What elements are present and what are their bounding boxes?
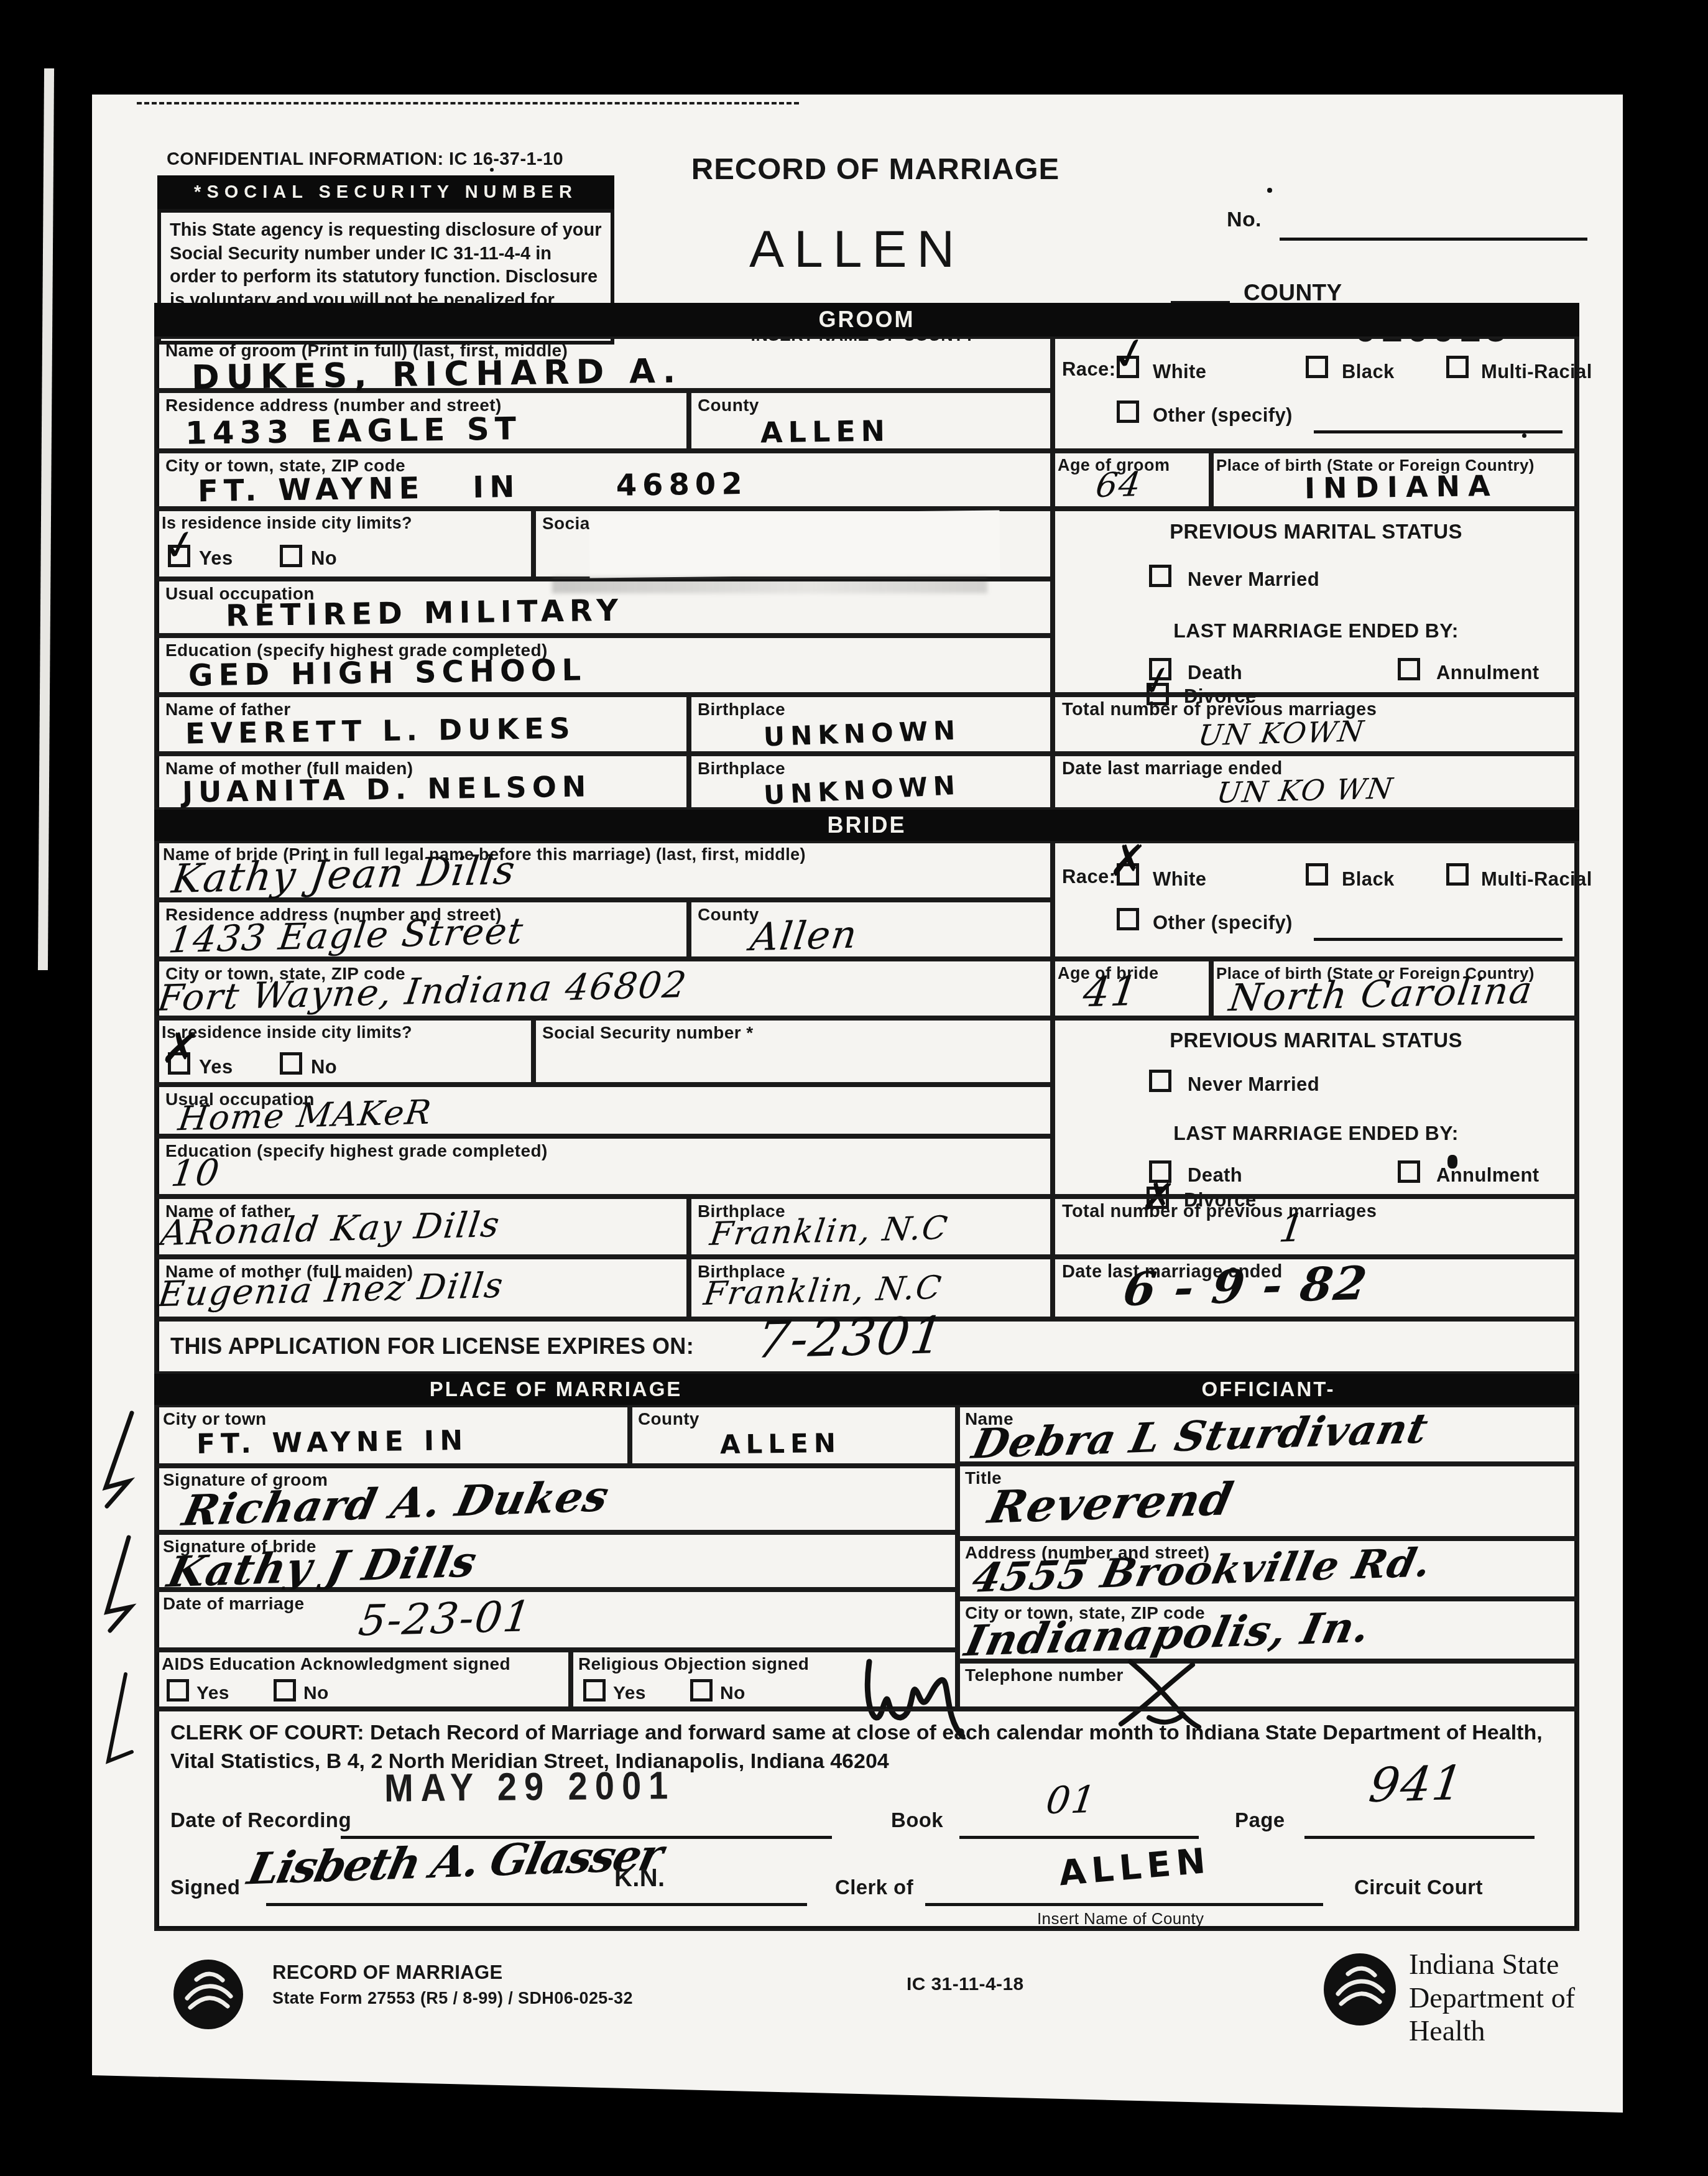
place-section-label: PLACE OF MARRIAGE bbox=[154, 1377, 958, 1401]
groom-father-value: EVERETT L. DUKES bbox=[185, 711, 576, 751]
bride-prev-marriages-label: Total number of previous marriages bbox=[1062, 1201, 1377, 1222]
groom-pms-title: PREVIOUS MARITAL STATUS bbox=[1053, 520, 1579, 544]
license-expires-label: THIS APPLICATION FOR LICENSE EXPIRES ON: bbox=[170, 1333, 694, 1359]
page-label: Page bbox=[1235, 1808, 1285, 1832]
scan-speck bbox=[1267, 188, 1272, 193]
bride-limits-yes-label: Yes bbox=[199, 1056, 233, 1078]
date-of-recording-label: Date of Recording bbox=[170, 1808, 351, 1832]
clerk-of-underline bbox=[925, 1903, 1323, 1906]
religious-label: Religious Objection signed bbox=[578, 1654, 809, 1674]
bride-pms-title: PREVIOUS MARITAL STATUS bbox=[1053, 1029, 1579, 1052]
bride-ssn-label: Social Security number * bbox=[542, 1023, 754, 1043]
groom-limits-no-label: No bbox=[311, 547, 337, 570]
groom-date-ended-value: UN KO WN bbox=[1215, 771, 1396, 809]
book-underline bbox=[959, 1836, 1199, 1839]
no-label: No. bbox=[1227, 208, 1262, 232]
bride-ended-by-title: LAST MARRIAGE ENDED BY: bbox=[1053, 1122, 1579, 1145]
bride-county-label: County bbox=[698, 905, 759, 925]
bride-education-value: 10 bbox=[168, 1151, 223, 1195]
bride-date-ended-value: 6 - 9 - 82 bbox=[1120, 1257, 1371, 1317]
bride-mother-birthplace-value: Franklin, N.C bbox=[701, 1269, 944, 1313]
bride-race-multi-checkbox bbox=[1446, 863, 1469, 886]
groom-county-value: ALLEN bbox=[760, 414, 891, 450]
scanned-marriage-record: { "header": { "confidential": "CONFIDENT… bbox=[0, 0, 1708, 2176]
footer-right-line2: Department of Health bbox=[1409, 1981, 1623, 2047]
groom-mother-birthplace-label: Birthplace bbox=[698, 759, 785, 779]
groom-annulment-label: Annulment bbox=[1436, 662, 1539, 684]
groom-county-label: County bbox=[698, 396, 759, 415]
groom-section-bar: GROOM bbox=[154, 303, 1579, 336]
groom-race-white-label: White bbox=[1153, 361, 1206, 383]
religious-no-checkbox bbox=[690, 1679, 713, 1701]
groom-race-other-checkbox bbox=[1117, 400, 1139, 423]
book-label: Book bbox=[891, 1808, 943, 1832]
groom-residence-value: 1433 EAGLE ST bbox=[185, 410, 522, 451]
page-underline bbox=[1304, 1836, 1535, 1839]
groom-father-birthplace-label: Birthplace bbox=[698, 700, 785, 720]
bride-race-multi-label: Multi-Racial bbox=[1481, 868, 1592, 891]
bride-annulment-label: Annulment bbox=[1436, 1164, 1539, 1187]
officiant-section-label: OFFICIANT- bbox=[958, 1377, 1579, 1401]
officiant-title-value: Reverend bbox=[984, 1472, 1238, 1533]
marriage-city-label: City or town bbox=[163, 1409, 267, 1429]
record-of-marriage-logo-icon bbox=[172, 1958, 245, 2031]
religious-no-label: No bbox=[720, 1683, 746, 1704]
ssn-header-bar: *SOCIAL SECURITY NUMBER bbox=[157, 175, 614, 209]
groom-never-married-checkbox bbox=[1149, 565, 1171, 587]
aids-yes-checkbox bbox=[167, 1679, 189, 1701]
marriage-city-value: FT. WAYNE IN bbox=[196, 1425, 469, 1460]
groom-limits-yes-label: Yes bbox=[199, 547, 233, 570]
signed-label: Signed bbox=[170, 1876, 240, 1899]
footer-right-line1: Indiana State bbox=[1409, 1948, 1559, 1981]
place-officiant-bar: PLACE OF MARRIAGE OFFICIANT- bbox=[154, 1374, 1579, 1405]
bride-section-bar: BRIDE bbox=[154, 810, 1579, 841]
bride-never-married-label: Never Married bbox=[1188, 1073, 1319, 1096]
document-page: CONFIDENTIAL INFORMATION: IC 16-37-1-10 … bbox=[92, 95, 1623, 2113]
bride-county-value: Allen bbox=[748, 912, 861, 960]
xmark-icon: ✗ bbox=[159, 1024, 202, 1073]
bride-birth-value: North Carolina bbox=[1226, 969, 1536, 1021]
marriage-date-value: 5-23-01 bbox=[356, 1592, 535, 1646]
bride-occupation-value: Home MAKeR bbox=[176, 1093, 435, 1139]
aids-label: AIDS Education Acknowledgment signed bbox=[162, 1654, 510, 1674]
xmark-icon: ✗ bbox=[1108, 837, 1148, 884]
groom-race-label: Race: bbox=[1062, 358, 1115, 381]
bride-race-white-label: White bbox=[1153, 868, 1206, 891]
groom-race-black-label: Black bbox=[1342, 361, 1395, 383]
bride-limits-no-checkbox bbox=[280, 1052, 302, 1075]
no-underline bbox=[1280, 238, 1587, 241]
groom-education-value: GED HIGH SCHOOL bbox=[188, 653, 587, 693]
groom-never-married-label: Never Married bbox=[1188, 568, 1319, 591]
groom-other-underline bbox=[1314, 430, 1563, 433]
groom-section-label: GROOM bbox=[819, 307, 915, 333]
groom-occupation-value: RETIRED MILITARY bbox=[226, 593, 624, 634]
groom-race-multi-checkbox bbox=[1446, 356, 1469, 378]
groom-limits-no-checkbox bbox=[280, 545, 302, 567]
religious-yes-label: Yes bbox=[613, 1683, 646, 1704]
form-title: RECORD OF MARRIAGE bbox=[639, 152, 1112, 187]
ssn-whiteout-redaction bbox=[589, 511, 1000, 578]
margin-ink-marks bbox=[95, 1413, 150, 1799]
groom-mother-value: JUANITA D. NELSON bbox=[182, 769, 592, 808]
bride-other-underline bbox=[1314, 938, 1563, 941]
bride-race-black-label: Black bbox=[1342, 868, 1395, 891]
date-of-recording-stamp: MAY 29 2001 bbox=[384, 1762, 676, 1810]
confidential-note: CONFIDENTIAL INFORMATION: IC 16-37-1-10 bbox=[167, 149, 563, 170]
aids-no-label: No bbox=[303, 1683, 329, 1704]
clerk-of-label: Clerk of bbox=[835, 1876, 913, 1899]
aids-yes-label: Yes bbox=[196, 1683, 229, 1704]
clerk-instruction: CLERK OF COURT: Detach Record of Marriag… bbox=[170, 1719, 1554, 1776]
insert-county-label: Insert Name of County bbox=[1037, 1909, 1204, 1928]
marriage-date-label: Date of marriage bbox=[163, 1594, 304, 1614]
footer-left-form: State Form 27553 (R5 / 8-99) / SDH06-025… bbox=[272, 1989, 633, 2008]
signed-underline bbox=[266, 1903, 807, 1906]
scan-edge-sliver bbox=[38, 68, 54, 970]
bride-limits-no-label: No bbox=[311, 1056, 337, 1078]
groom-race-other-label: Other (specify) bbox=[1153, 404, 1293, 427]
license-expires-value: 7-2301 bbox=[753, 1306, 948, 1370]
marriage-county-label: County bbox=[638, 1409, 699, 1429]
bride-father-birthplace-value: Franklin, N.C bbox=[708, 1210, 951, 1253]
footer-code: IC 31-11-4-18 bbox=[907, 1974, 1024, 1995]
groom-limits-label: Is residence inside city limits? bbox=[162, 514, 412, 533]
groom-race-black-checkbox bbox=[1306, 356, 1328, 378]
county-name-printed: ALLEN bbox=[639, 219, 1074, 279]
groom-race-multi-label: Multi-Racial bbox=[1481, 361, 1592, 383]
officiant-phone-label: Telephone number bbox=[965, 1665, 1124, 1685]
bride-name-value: Kathy Jean Dills bbox=[169, 848, 519, 902]
bride-never-married-checkbox bbox=[1149, 1070, 1171, 1092]
aids-no-checkbox bbox=[274, 1679, 296, 1701]
bride-annulment-checkbox bbox=[1398, 1160, 1420, 1183]
bride-section-label: BRIDE bbox=[827, 812, 906, 838]
footer-left-title: RECORD OF MARRIAGE bbox=[272, 1961, 503, 1984]
county-word: COUNTY bbox=[1244, 280, 1342, 306]
bride-age-value: 41 bbox=[1081, 967, 1142, 1016]
checkmark-icon: ✓ bbox=[160, 522, 201, 569]
groom-death-label: Death bbox=[1188, 662, 1242, 684]
groom-birth-value: INDIANA bbox=[1304, 469, 1498, 505]
groom-annulment-checkbox bbox=[1398, 658, 1420, 680]
circuit-court-label: Circuit Court bbox=[1354, 1876, 1483, 1899]
religious-yes-checkbox bbox=[583, 1679, 606, 1701]
indiana-health-logo-icon bbox=[1322, 1951, 1398, 2027]
marriage-county-value: ALLEN bbox=[720, 1428, 842, 1460]
groom-ended-by-title: LAST MARRIAGE ENDED BY: bbox=[1053, 619, 1579, 642]
bride-race-other-checkbox bbox=[1117, 908, 1139, 930]
book-value: 01 bbox=[1043, 1778, 1099, 1823]
bride-race-other-label: Other (specify) bbox=[1153, 912, 1293, 934]
bride-race-black-checkbox bbox=[1306, 863, 1328, 886]
scan-dashed-line bbox=[137, 102, 799, 104]
groom-prev-marriages-value: UN KOWN bbox=[1196, 715, 1367, 752]
clerk-signature-suffix: K.N. bbox=[614, 1864, 665, 1892]
bride-death-label: Death bbox=[1188, 1164, 1242, 1187]
page-value: 941 bbox=[1366, 1755, 1467, 1813]
ssn-bar-label: *SOCIAL SECURITY NUMBER bbox=[194, 182, 578, 203]
groom-age-value: 64 bbox=[1094, 465, 1144, 505]
